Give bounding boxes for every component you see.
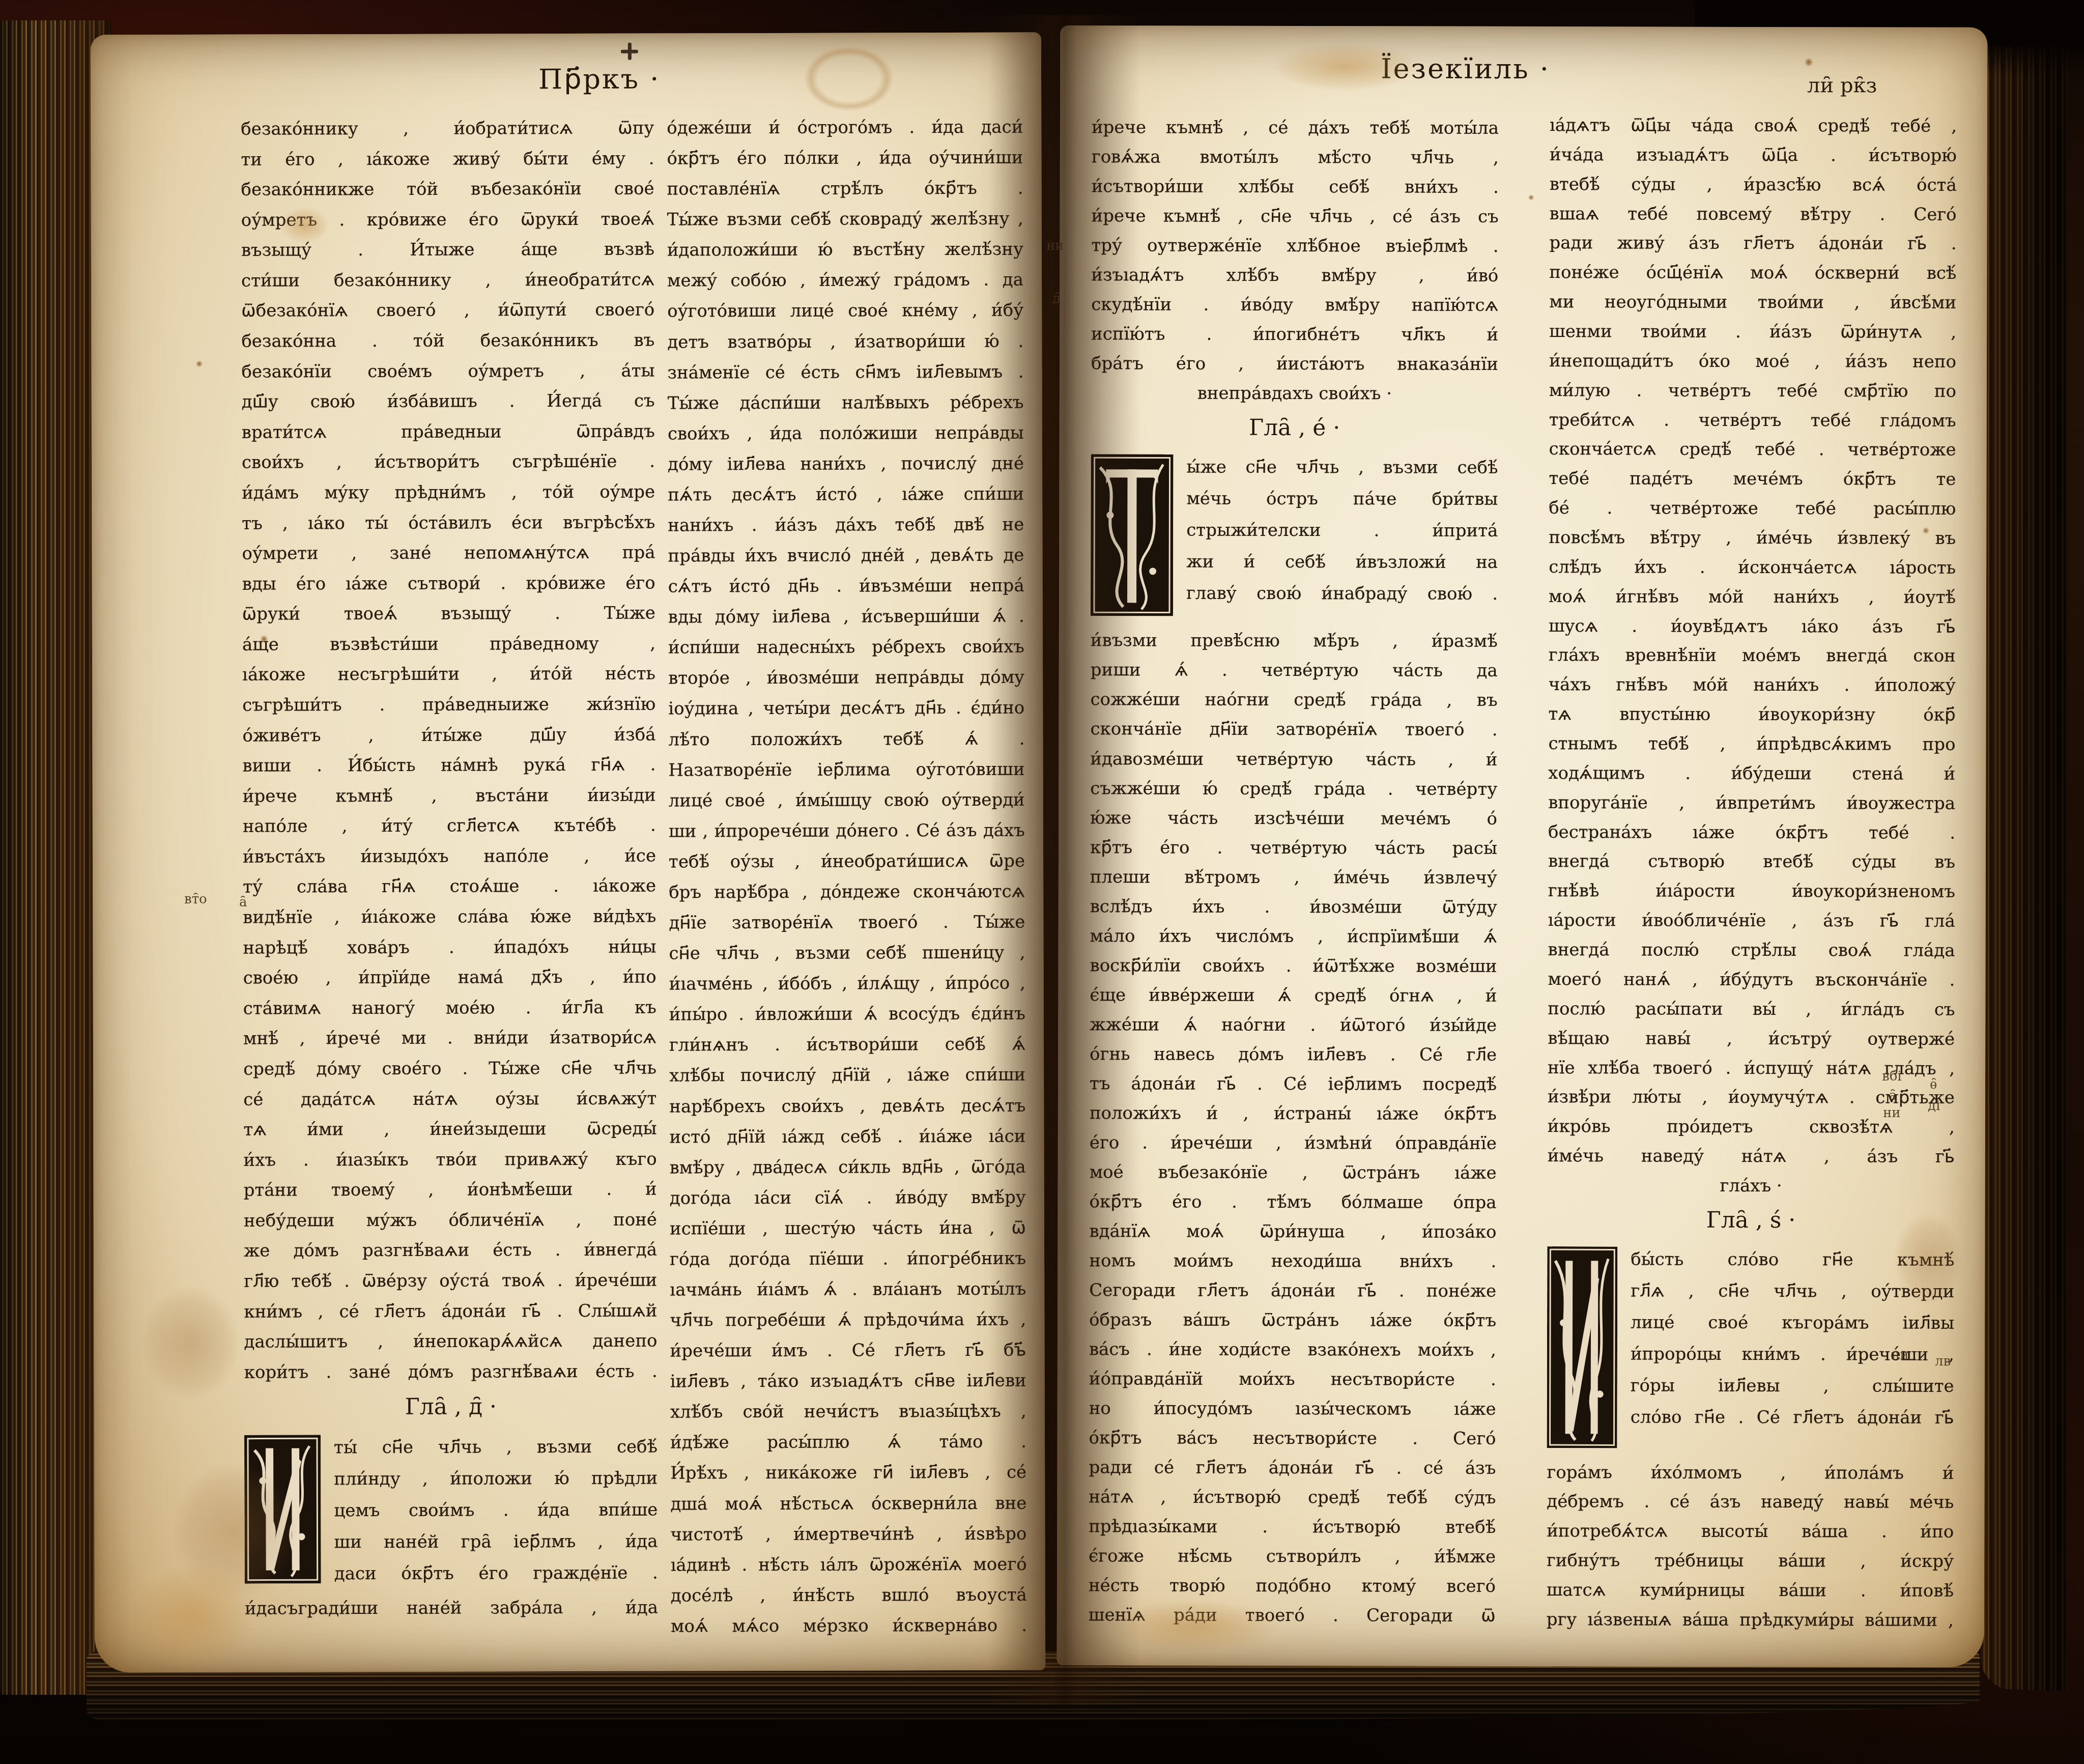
text-line: кни́мъ , се́ гл҃етъ а́дона́и гь҃ . Слы́ш… [244,1299,657,1323]
right-page: Їезекїиль · ли̑ рк̑з и́рече къмнѣ́ , се́… [1057,25,1988,1667]
text-line: стнымъ тебѣ́ , и́прѣдвсѧ́кимъ про [1548,732,1955,756]
right-column-2: ıа́дѧтъ ѿц҃ы ча́да своѧ́ средѣ́ тебе́ ,и… [1547,114,1957,1632]
text-line: ю́же ча́сть изсѣче́ши мече́мъ о́ [1090,807,1497,830]
text-line: бестрана́хъ ıа́же о́кр҃тъ тебе́ . [1548,821,1955,844]
text-line: моѧ́ и́гнѣ́въ мо́й нани́хъ , и́оутѣ́ [1549,585,1956,609]
text-line: ѿбезако́нїѧ своего́ , и́ѿпути́ своего́ [241,299,654,322]
text-line: о́живе́тъ , и́ты́же дш҃у и́зба́ [242,723,655,747]
text-line: пра́вды и́хъ вчисло́ дне́й , девѧ́ть де [668,544,1024,567]
text-line: ıачма́нь и́ıа́мъ ѧ́ . вла́ıанъ моты́лъ [670,1278,1026,1301]
text-line: нани́хъ . и́а́зъ да́хъ тебѣ́ двѣ́ не [668,514,1024,537]
text-line: ıа́дѧтъ ѿц҃ы ча́да своѧ́ средѣ́ тебе́ , [1550,114,1957,137]
text-line: внегда́ послю́ стрѣ́лы своѧ́ гла́да [1548,938,1955,962]
text-line: даслы́шитъ , и́непокарѧ́ѧйсѧ данепо [244,1330,657,1353]
chapter-5-opening: ы́же сн҃е чл҃чь , възми себѣ́ме́чь о́стр… [1091,451,1498,623]
text-line: гла́хъ · [1548,1174,1955,1198]
text-line: мое́ въбезако́нїе , ѿстра́нъ ıа́же [1090,1161,1497,1184]
text-line: іоу́дина , четы́ри десѧ́тъ дн҃ь . є́ди́н… [668,697,1024,720]
text-line: втебѣ́ су́ды , и́разсѣ́ю всѧ́ о́ста́ [1550,173,1957,196]
text-line: испїе́ши , шесту́ю ча́сть и́на , ѿ [670,1216,1026,1240]
text-line: напо́ле , и́ту́ сгл҃етсѧ къте́бѣ . [243,814,656,838]
stain [124,1266,257,1419]
text-line: сѧ́тъ и́сто́ дн҃ь . и́възме́ши непра́ [668,575,1024,598]
margin-note: вт̑о [184,892,207,907]
text-line: свое́ю , и́прїи́де нама́ дх҃ъ , и́по [243,966,656,989]
text-line: и́да́мъ му́ку прѣдни́мъ , то́й оу́мре [242,480,655,504]
text-line: ѿруки́ твоеѧ́ възыщу́ . Ты́же [242,602,655,625]
text-line: жже́ши ѧ́ нао́гни . и́ѿтого́ и́зы́йде [1090,1013,1497,1037]
text-line: и́ча́да изъıадѧ́тъ ѿц҃а . и́сътворю́ [1550,144,1957,167]
text-line: сти́ши безако́ннику , и́необрати́тсѧ [241,268,654,292]
text-line: о́кр҃тъ ва́съ несътвори́сте . Сего́ [1089,1427,1496,1450]
title-ornament [621,43,638,60]
left-page: Пр҃ркъ · безако́ннику , и́обрати́тисѧ ѿп… [91,33,1045,1673]
text-line: ста́вимѧ наногу́ мое́ю . и́гл҃а къ [243,996,656,1019]
text-line: и́давозме́ши четве́ртую ча́сть , и́ [1090,748,1497,771]
folio-number: ли̑ рк̑з [1807,74,1877,97]
text-line: и́потребѧ́тсѧ высоты́ ва́ша . и́по [1547,1520,1954,1543]
text-line: вды до́му іил҃ева , и́съверши́ши ѧ́ . [668,605,1024,629]
text-line: шатсѧ куми́рницы ва́ши . и́повѣ́ [1547,1579,1954,1602]
chapter-heading-6: Гла̑ , ѕ́ · [1547,1204,1954,1237]
text-line: хлѣ́бы почислу́ дн҃їй , ıа́же спи́ши [669,1064,1025,1087]
text-line: тебѣ́ оу́зы , и́необрати́шисѧ ѿре [669,850,1025,873]
text-line: ми неоуго́дными твои́ми , и́всѣ́ми [1549,291,1956,314]
text-line: тебе́ паде́тъ мече́мъ о́кр҃тъ те [1549,467,1956,491]
margin-note: а̑ [1889,1088,1897,1103]
text-line: послю́ расы́пати вы́ , и́гла́дъ съ [1548,998,1955,1021]
text-line: пѧ́ть десѧ́тъ и́сто́ , ıа́же спи́ши [668,483,1024,506]
text-line: гл҃ю тебѣ́ . ѿве́рзу оу́ста́ твоѧ́ . и́р… [244,1269,657,1293]
text-line: испїю́тъ . и́погибне́тъ чл҃къ и́ [1091,323,1498,346]
chapter-heading-5: Гла̑ , е́ · [1091,412,1498,445]
text-line: гибну́тъ тре́бницы ва́ши , и́скру́ [1547,1549,1954,1573]
text-line: и́ме́чь наведу́ на́тѧ , а́зъ гь҃ [1548,1145,1955,1168]
text-line: моѧ́ мѧ́со ме́рзко и́скверна́во . [671,1614,1027,1637]
text-line: є́ще и́вве́ржеши ѧ́ средѣ́ о́гнѧ , и́ [1090,984,1497,1007]
margin-note: а̑ [239,895,247,910]
margin-note: вбі [1882,1069,1902,1084]
foxing-spot [1804,58,1813,67]
text-line: ши , и́прорече́ши до́него . Се́ а́зъ да́… [669,819,1025,842]
text-line: Сегоради гл҃етъ а́дона́и гь҃ . поне́же [1089,1279,1496,1302]
text-line: риши ѧ́ . четве́ртую ча́сть да [1091,659,1498,682]
text-line: оу́гото́виши лице́ свое́ кне́му , и́бу́ [667,299,1023,323]
text-line: и́хъ . и́ıазы́къ тво́и привѧжу́ къго [244,1148,657,1171]
text-line: безако́нна . то́й безако́нникъ въ [241,329,654,353]
text-line: кори́тъ . зане́ до́мъ разгнѣ́ваѧи е́сть … [244,1360,658,1383]
text-line: вда́нїѧ моѧ́ ѿри́нуша , и́поза́ко [1089,1220,1496,1243]
text-line: безако́нникже то́й въбезако́нїи свое́ [241,178,654,201]
text-line: виши . И́бы́сть на́мнѣ рука́ гн҃ѧ . [242,754,655,777]
text-line: Ты́же да́спи́ши налѣ́выхъ ре́брехъ [668,391,1024,414]
running-head-left: Пр҃ркъ · [538,63,661,96]
text-line: ргу ıа́звеныѧ ва́ша прѣдкуми́ры ва́шими … [1547,1608,1954,1632]
text-line: внепра́вдахъ свои́хъ · [1091,382,1498,406]
text-line: шенми твои́ми . и́а́зъ ѿри́нутѧ , [1549,320,1956,344]
text-line: поставле́нїѧ стрѣ́лъ о́кр҃тъ . [667,177,1023,201]
woodcut-initial-I [244,1435,321,1585]
text-line: ти е́го , ıа́коже живу́ бы́ти е́му . [241,147,654,170]
foxing-spot [1528,194,1534,201]
book-photo: Пр҃ркъ · безако́ннику , и́обрати́тисѧ ѿп… [0,0,2084,1764]
chapter-heading-4: Гла̑ , д̑ · [244,1390,658,1424]
text-line: И́рѣ́хъ , ника́коже ги҃ іил҃евъ , се́ [670,1461,1026,1485]
text-line: бръ нарѣ́бра , до́ндеже сконча́ютсѧ [669,880,1025,904]
text-line: и́зъıадѧ́тъ хлѣ́бъ вмѣ́ру , и́во́ [1091,264,1498,287]
text-line: ради живу́ а́зъ гл҃етъ а́дона́и гь҃ . [1549,232,1956,255]
text-line: исто́ дн҃їй ıа́жд себѣ́ . и́ıа́же ıа́си [669,1125,1025,1148]
text-line: шенїѧ ра́ди твоего́ . Сегоради ѿ [1089,1604,1496,1628]
text-line: положи́хъ и́ , и́страны́ ıа́же о́кр҃тъ [1090,1102,1497,1125]
text-line: о́гнь навесь до́мъ іил҃евъ . Се́ гл҃е [1090,1043,1497,1066]
text-line: и́спи́ши надесны́хъ ре́брехъ свои́хъ [668,636,1024,659]
text-line: досе́лѣ , и́нѣ́сть вшло́ въоуста́ [671,1583,1027,1607]
text-line: небу́деши му́жъ о́бличе́нїѧ , поне́ [244,1208,657,1232]
text-line: Ты́же възми себѣ́ сковраду́ желѣ́зну , [667,208,1023,231]
text-line: вслѣ́дъ и́хъ . и́возме́ши ѿту́ду [1090,895,1497,919]
text-line: кр҃тъ е́го . четве́ртую ча́сть расы́ [1090,836,1497,860]
margin-note: д̑ [1052,291,1061,306]
text-line: е́го . и́рече́ши , и́змѣни́ о́правда́нїе [1090,1131,1497,1155]
text-line: и́рече къмнѣ́ , сн҃е чл҃чь , се́ а́зъ съ [1092,205,1499,228]
text-line: де́бремъ . се́ а́зъ наведу́ навы́ ме́чь [1547,1490,1954,1514]
text-line: Назатворе́нїе іер҃лима оу́гото́виши [669,758,1025,781]
left-column-1: безако́ннику , и́обрати́тисѧ ѿпути е́го … [241,117,658,1620]
text-line: а́ще възвѣсти́ши пра́ведному , [242,632,655,656]
text-line: ва́съ . и́не ходи́сте взако́нехъ мои́хъ … [1089,1338,1496,1361]
text-line: второ́е , и́возме́ши непра́вды до́му [668,666,1024,690]
page-edges-right [1981,45,2067,1691]
text-line: дша́ моѧ́ нѣ́стьсѧ о́скверни́ла вне [670,1492,1026,1515]
text-line: рта́ни твоему́ , и́онѣмѣ́еши . и́ [244,1178,657,1202]
text-line: ıа́рости и́воо́бличе́нїе , а́зъ гь҃ гла́ [1548,909,1955,932]
text-line: вѣ́щаю навы́ , и́сътру́ оутверже́ [1548,1027,1955,1050]
text-line: вмѣ́ру , два́десѧ си́кль вдн҃ь , ѿго́да [670,1155,1026,1179]
text-line: воскр҃и́лїи свои́хъ . и́ѿтѣ́хже возме́ши [1090,954,1497,978]
right-column-1: и́рече къмнѣ́ , се́ да́хъ тебѣ́ моты́лаг… [1089,116,1499,1628]
chapter-4-opening: ты́ сн҃е чл҃чь , възми себѣ́пли́нду , и́… [244,1431,658,1589]
text-line: слѣ́дъ и́хъ . и́сконча́етсѧ ıа́рость [1549,556,1956,579]
text-line: бе́ . четве́ртоже тебе́ расы́плю [1549,497,1956,520]
text-line: сконча́нїе дн҃їи затворе́нїѧ твоего́ . [1090,718,1497,742]
text-line: поне́же о́сщ҃е́нїѧ моѧ́ о́скверни́ всѣ́ [1549,261,1956,284]
margin-note: ѳ̑ [1930,1077,1937,1092]
text-line: съжже́ши ю́ средѣ́ гра́да . четве́рту [1090,777,1497,801]
foxing-spot [195,360,203,367]
text-line: гли́нѧнъ . и́сътвори́ши себѣ́ ѧ́ [669,1033,1025,1057]
text-line: гнѣ́вѣ и́ıа́рости и́воукори́зненомъ [1548,879,1955,903]
text-line: мнѣ́ , и́рече́ ми . вни́ди и́затвори́сѧ [243,1027,656,1050]
text-line: го́да дого́да пїе́ши . и́погре́бникъ [670,1247,1026,1271]
text-line: прѣдıазы́ками . и́сътворю́ втебѣ́ [1089,1516,1496,1539]
text-line: дш҃у свою́ и́зба́вишъ . И́егда́ съ [242,390,655,413]
text-line: сконча́етсѧ средѣ́ тебе́ . четве́ртоже [1549,438,1956,462]
text-line: хлѣ́бъ сво́й нечи́стъ въıазы́цѣхъ , [670,1400,1026,1424]
text-line: и́възми превѣ́сню мѣ́ръ , и́размѣ́ [1091,630,1498,653]
text-line: нарѣцѣ́ хова́ръ . и́падо́хъ ни́цы [243,935,656,959]
running-head-right: Їезекїиль · [1381,52,1550,85]
text-line: и́дасъгради́ши нане́й забра́ла , и́да [245,1597,658,1620]
text-line: ту́ сла́ва гн҃ѧ стоѧ́ше . ıа́коже [243,875,656,898]
margin-note: ни [1883,1105,1901,1121]
text-line: тѧ впусты́ню и́воукори́зну о́кр҃ [1548,703,1955,726]
text-line: о́кр҃тъ е́го по́лки , и́да оу́чини́ши [667,147,1023,170]
left-column-2: о́деже́ши и́ о́строго́мъ . и́да даси́о́к… [667,116,1027,1638]
text-line: ради се́ гл҃етъ а́дона́и гь҃ . се́ а́зъ [1089,1456,1496,1480]
text-line: же до́мъ разгнѣ́ваѧи е́сть . и́внегда́ [244,1239,657,1262]
text-line: и́рече къмнѣ́ , въста́ни и́изы́ди [243,784,656,807]
text-line: плеши вѣ́тромъ , и́ме́чь и́звлечу́ [1090,866,1497,889]
text-line: гла́хъ вревнѣ́нїи мое́мъ внегда́ скон [1549,644,1956,668]
text-line: о́кр҃тъ е́го . тѣ́мъ бо́лмаше о́пра [1089,1190,1496,1214]
text-line: номъ мои́мъ неходи́ша вни́хъ . [1089,1249,1496,1273]
text-line: ıа́динѣ . нѣ́сть ıа́лъ ѿроже́нїѧ моего́ [671,1553,1027,1576]
text-line: средѣ́ до́му свое́го . Ты́же сн҃е чл҃чь [243,1057,656,1080]
text-line: бра́тъ е́го , и́иста́ютъ внаказа́нїи [1091,352,1498,376]
text-line: шусѧ . и́оувѣ́дѧтъ ıа́ко а́зъ гь҃ [1549,615,1956,638]
text-line: скудѣ́нїи . и́во́ду вмѣ́ру напїю́тсѧ [1091,293,1498,317]
text-line: на́тѧ , и́сътворю́ средѣ́ тебѣ́ су́дъ [1089,1486,1496,1510]
text-line: и́пы́ро . и́вложи́ши ѧ́ всосу́дъ є́ди́нъ [669,1003,1025,1026]
text-line: но и́посудо́мъ ıазы́ческомъ ıа́же [1089,1397,1496,1420]
text-line: не́сть творю́ подо́бно ктому́ всего́ [1089,1575,1496,1598]
text-line: и́дѣ́же расы́плю ѧ́ та́мо . [670,1431,1026,1454]
text-line: впоруга́нїе , и́впрети́мъ и́воужестра [1548,791,1955,815]
text-line: и́о́правда́нїй мои́хъ несътвори́сте . [1089,1368,1496,1391]
text-line: ходѧ́щимъ . и́бу́деши стена́ и́ [1548,762,1955,785]
text-line: лице́ свое́ , и́мы́шцу свою́ оу́тверди́ [669,788,1025,812]
text-line: оу́мрети , зане́ непомѧну́тсѧ пра́ [242,542,655,565]
text-line: безако́нїи свое́мъ оу́мретъ , а́ты [241,359,654,383]
text-line: видѣ́нїе , и́ıа́коже сла́ва ю́же ви́дѣхъ [243,905,656,929]
text-line: се́ дада́тсѧ на́тѧ оу́зы и́свѧжу́т [243,1087,656,1111]
text-line: повсѣ́мъ вѣ́тру , и́ме́чь и́звлеку́ въ [1549,526,1956,550]
text-line: сожже́ши нао́гни средѣ́ гра́да , въ [1091,689,1498,712]
text-line: ма́ло и́хъ число́мъ , и́спрїимѣ́ши ѧ́ [1090,925,1497,948]
margin-note: ни [1046,238,1064,253]
text-line: оу́мретъ . кро́виже е́го ѿруки́ твоеѧ́ [241,208,654,231]
text-line: и́непощади́тъ о́ко мое́ , и́а́зъ непо [1549,350,1956,373]
text-line: съгрѣши́тъ . пра́ведныиже жи́знїю [242,693,655,717]
text-line: безако́ннику , и́обрати́тисѧ ѿпу [241,117,654,140]
text-line: треби́тсѧ . четве́ртъ тебе́ гла́домъ [1549,409,1956,432]
text-line: и́рече къмнѣ́ , се́ да́хъ тебѣ́ моты́ла [1092,116,1499,139]
text-line: іил҃евъ , та́ко изъıадѧ́тъ сн҃ве іил҃еви [670,1370,1026,1393]
text-line: тѧ и́ми , и́неи́зыдеши ѿсреды́ [243,1118,656,1141]
text-line: ıа́коже несъгрѣши́ти , и́то́й не́сть [242,663,655,686]
text-line: и́рече́ши и́мъ . Се́ гл҃етъ гь҃ бъ҃ [670,1339,1026,1362]
gutter-shadow [988,15,1141,1705]
text-line: детъ взатво́ры , и́затвори́ши ю́ . [667,330,1023,353]
text-line: о́бразъ ва́шъ ѿстра́нъ ıа́же о́кр҃тъ [1089,1308,1496,1332]
text-line: межу́ собо́ю , и́межу́ гра́домъ . да [667,269,1023,292]
margin-note: ни [1891,1348,1909,1363]
text-line: дого́да ıа́си сїѧ́ . и́во́ду вмѣ́ру [670,1186,1026,1209]
text-line: є́гоже нѣ́смь сътвори́лъ , и́ѣ́мже [1089,1545,1496,1569]
text-line: зна́менїе се́ е́сть сн҃мъ іил҃евымъ . [667,360,1023,384]
text-line: свои́хъ , и́да поло́жиши непра́вды [668,421,1024,445]
text-line: вшаѧ тебе́ повсему́ вѣ́тру . Сего́ [1550,203,1957,226]
margin-note: ді [1928,1098,1940,1114]
stain [793,38,905,120]
text-line: и́ıачме́нь , и́бо́бъ , и́лѧ́щу , и́про́с… [669,972,1025,995]
text-line: нарѣ́брехъ свои́хъ , девѧ́ть десѧ́тъ [669,1094,1025,1118]
text-line: и́въста́хъ и́изыдо́хъ напо́ле , и́се [243,844,656,868]
text-line: лѣ́то положи́хъ тебѣ́ ѧ́ . [668,727,1024,751]
text-line: тъ а́дона́и гь҃ . Се́ іер҃лимъ посредѣ́ [1090,1072,1497,1096]
text-line: чл҃чь погребе́ши ѧ́ прѣдочи́ма и́хъ , [670,1308,1026,1332]
text-line: ча́хъ гнѣ́въ мо́й нани́хъ . и́положу́ [1549,673,1956,697]
text-line: о́деже́ши и́ о́строго́мъ . и́да даси́ [667,116,1023,139]
margin-note: лв [1935,1354,1951,1369]
text-line: говѧ́жа вмоты́лъ мѣ́сто чл҃чь , [1092,146,1499,169]
text-line: и́даположи́ши ю́ въстѣ́ну желѣ́зну [667,238,1023,262]
text-line: дн҃їе затворе́нїѧ твоего́ . Ты́же [669,911,1025,934]
text-line: чистотѣ́ , и́мертвечи́нѣ , и́ѕвѣро [670,1522,1026,1546]
woodcut-initial-I [1547,1246,1618,1450]
text-line: свои́хъ , и́сътвори́тъ съгрѣше́нїе . [242,450,655,474]
text-line: и́сътвори́ши хлѣ́бы себѣ́ вни́хъ . [1092,175,1499,198]
text-line: възыщу́ . И́тыже а́ще възвѣ [241,238,654,262]
text-line: гора́мъ и́хо́лмомъ , и́пола́мъ и́ [1547,1461,1954,1485]
text-line: внегда́ сътворю́ втебѣ́ су́ды въ [1548,850,1955,874]
text-line: врати́тсѧ пра́ведныи ѿпра́вдъ [242,420,655,443]
text-line: ми́лую . четве́ртъ тебе́ смр҃тїю по [1549,379,1956,403]
text-line: сн҃е чл҃чь , възми себѣ́ пшени́цу , [669,942,1025,965]
text-line: тъ , ıа́ко ты́ о́ста́вилъ е́си въгрѣсѣ́х… [242,511,655,534]
text-line: моего́ нанѧ́ , и́бу́дутъ въсконча́нїе . [1548,968,1955,991]
text-line: тру́ оутверже́нїе хлѣ́бное въіер҃лмѣ . [1091,234,1498,258]
text-line: до́му іил҃ева нани́хъ , почислу́ дне́ [668,452,1024,476]
text-line: вды е́го ıа́же сътвори́ . кро́виже е́го [242,572,655,595]
